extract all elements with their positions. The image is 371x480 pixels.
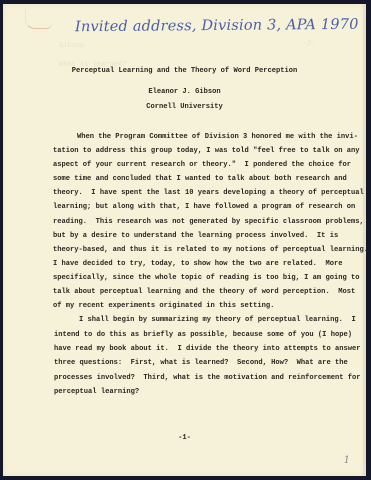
text-line: I have decided to try, today, to show ho… bbox=[53, 261, 342, 268]
text-line: but by a desire to understand the learni… bbox=[53, 233, 338, 240]
handwritten-page-mark: 1 bbox=[344, 455, 350, 466]
text-line: specifically, since the whole topic of r… bbox=[53, 275, 360, 282]
text-line: aspect of your current research or theor… bbox=[53, 162, 351, 169]
text-line: intend to do this as briefly as possible… bbox=[54, 332, 352, 339]
text-line: perceptual learning? bbox=[54, 389, 139, 396]
text-line: processes involved? Third, what is the m… bbox=[54, 375, 361, 382]
text-line: three questions: First, what is learned?… bbox=[54, 360, 348, 367]
author-name: Eleanor J. Gibson bbox=[3, 89, 366, 96]
text-line: theory. I have spent the last 10 years d… bbox=[53, 190, 364, 197]
document-title: Perceptual Learning and the Theory of Wo… bbox=[3, 68, 366, 75]
document-page: Gibson -2- What is learned? Invited addr… bbox=[3, 4, 366, 476]
text-line: have read my book about it. I divide the… bbox=[54, 346, 361, 353]
text-line: of my recent experiments originated in t… bbox=[53, 303, 274, 310]
author-affiliation: Cornell University bbox=[3, 104, 366, 111]
text-line: learning; but along with that, I have fo… bbox=[53, 204, 355, 211]
paper-stain bbox=[25, 10, 52, 29]
text-line: I shall begin by summarizing my theory o… bbox=[79, 317, 356, 324]
text-line: tation to address this group today, I wa… bbox=[53, 148, 360, 155]
page-number: -1- bbox=[3, 435, 366, 442]
text-line: When the Program Committee of Division 3… bbox=[77, 134, 358, 141]
text-line: reading. This research was not generated… bbox=[53, 219, 364, 226]
bleed-through-header-left: Gibson bbox=[59, 42, 84, 50]
text-line: theory-based, and thus it is related to … bbox=[53, 247, 368, 254]
handwritten-annotation: Invited address, Division 3, APA 1970 bbox=[75, 17, 359, 35]
text-line: some time and concluded that I wanted to… bbox=[53, 176, 347, 183]
bleed-through-header-right: -2- bbox=[303, 40, 316, 48]
text-line: talk about perceptual learning and the t… bbox=[53, 289, 355, 296]
